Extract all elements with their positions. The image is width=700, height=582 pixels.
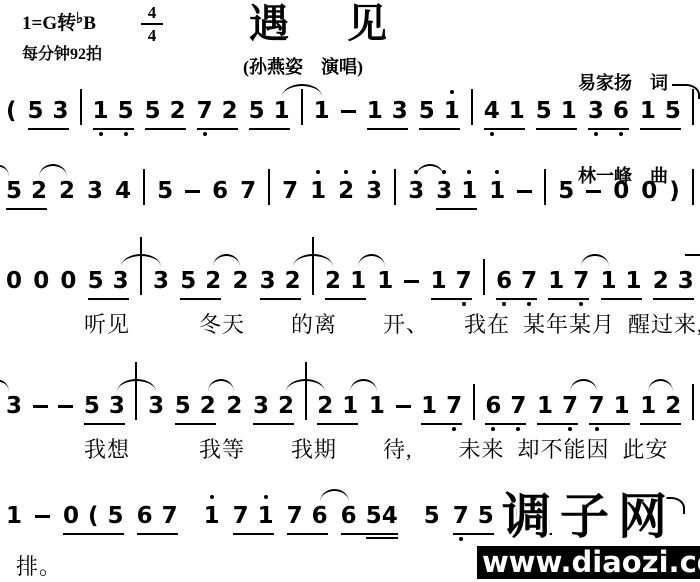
note-group: 53 bbox=[84, 392, 125, 420]
octave-dot-below bbox=[203, 132, 207, 136]
note-group: 3 bbox=[87, 177, 103, 205]
slur-arc bbox=[350, 379, 377, 392]
note: 3 bbox=[87, 177, 103, 205]
slur-arc bbox=[358, 254, 385, 267]
note: ( bbox=[6, 97, 17, 125]
note-group: 71 bbox=[233, 502, 274, 530]
note: 2 bbox=[232, 267, 248, 295]
note: 2 bbox=[170, 97, 186, 125]
note: 2 bbox=[226, 392, 242, 420]
note: 5 bbox=[419, 97, 435, 125]
rest-note: 0 bbox=[60, 267, 76, 295]
note: 7 bbox=[510, 392, 526, 420]
note-group: 3 bbox=[148, 392, 164, 420]
rest-note: 0 bbox=[33, 267, 49, 295]
rest-note: 0 bbox=[63, 502, 79, 530]
octave-dot-above bbox=[450, 90, 454, 94]
duration-dash bbox=[341, 110, 356, 125]
slur-arc bbox=[282, 84, 322, 97]
note: 2 bbox=[278, 392, 294, 420]
note: 3 bbox=[436, 177, 452, 205]
octave-dot-below bbox=[594, 132, 598, 136]
note: 6 bbox=[212, 177, 228, 205]
note: 5 bbox=[249, 97, 265, 125]
slur-arc bbox=[416, 164, 444, 177]
note: 1 bbox=[350, 267, 366, 295]
octave-dot-below bbox=[124, 132, 128, 136]
note: ) bbox=[669, 177, 680, 205]
note: 3 bbox=[366, 177, 382, 205]
note-group: 51 bbox=[249, 97, 290, 125]
note-group: 36 bbox=[588, 97, 629, 125]
note: 4 bbox=[484, 97, 500, 125]
note-group: 3 bbox=[366, 177, 382, 205]
note-group: ) bbox=[669, 177, 680, 205]
note: 7 bbox=[240, 177, 256, 205]
octave-dot-below bbox=[527, 302, 531, 306]
note-group: 1 bbox=[314, 97, 330, 125]
note: 6 bbox=[137, 502, 153, 530]
note-group: 0 bbox=[641, 177, 657, 205]
lyrics-line-1: 听见 冬天 的离 开、 我在 某年某月 醒过来, bbox=[84, 308, 700, 339]
note: 3 bbox=[113, 267, 129, 295]
music-line-2: 5223456771233311500) bbox=[6, 163, 694, 219]
note: 5 bbox=[108, 502, 124, 530]
note-group: 75 bbox=[453, 502, 494, 530]
note: 7 bbox=[162, 502, 178, 530]
music-line-4: 3533522322111767177112 bbox=[6, 378, 694, 434]
note: 1 bbox=[489, 177, 505, 205]
note: 7 bbox=[197, 97, 213, 125]
slur-arc bbox=[320, 489, 349, 502]
note: 3 bbox=[588, 97, 604, 125]
slur-arc bbox=[39, 164, 67, 177]
barline bbox=[471, 89, 473, 125]
note: 7 bbox=[453, 502, 469, 530]
duration-dash bbox=[586, 190, 601, 205]
note: 2 bbox=[205, 267, 221, 295]
note-group: 0 bbox=[33, 267, 49, 295]
note: 1 bbox=[314, 97, 330, 125]
octave-dot-below bbox=[568, 427, 572, 431]
note-group bbox=[517, 190, 532, 205]
note: 7 bbox=[446, 392, 462, 420]
note-group: 52 bbox=[175, 392, 216, 420]
note: 2 bbox=[59, 177, 75, 205]
note: 7 bbox=[521, 267, 537, 295]
note-group: 52 bbox=[145, 97, 186, 125]
tie-out-arc bbox=[685, 254, 700, 269]
note: 2 bbox=[653, 267, 669, 295]
octave-dot-below bbox=[502, 302, 506, 306]
note-group: ( bbox=[6, 97, 17, 125]
note-group: 53 bbox=[28, 97, 69, 125]
octave-dot-below bbox=[491, 427, 495, 431]
note: 2 bbox=[222, 97, 238, 125]
barline bbox=[268, 169, 270, 205]
slur-arc bbox=[213, 254, 240, 267]
octave-dot-below bbox=[462, 302, 466, 306]
note-group: 51 bbox=[536, 97, 577, 125]
slur-arc bbox=[293, 254, 333, 267]
note: 3 bbox=[408, 177, 424, 205]
note: 5 bbox=[478, 502, 494, 530]
rest-note: 0 bbox=[613, 177, 629, 205]
note-group: 12 bbox=[640, 392, 681, 420]
note-group: 1 bbox=[204, 502, 220, 530]
note: 3 bbox=[253, 392, 269, 420]
note: 1 bbox=[461, 177, 477, 205]
note: 1 bbox=[548, 267, 564, 295]
note-group: 21 bbox=[317, 392, 358, 420]
note-group: 1 bbox=[369, 392, 385, 420]
octave-dot-below bbox=[490, 132, 494, 136]
slur-arc bbox=[570, 379, 597, 392]
note-group: 15 bbox=[640, 97, 681, 125]
note-group: 5 bbox=[558, 177, 574, 205]
note: 7 bbox=[573, 267, 589, 295]
note-group: 2 bbox=[338, 177, 354, 205]
note-group: 7 bbox=[240, 177, 256, 205]
note: 2 bbox=[665, 392, 681, 420]
key-signature: 1=G转♭B bbox=[22, 8, 96, 35]
note-group: 21 bbox=[325, 267, 366, 295]
note: 5 bbox=[175, 392, 191, 420]
note: ( bbox=[88, 502, 99, 530]
barline bbox=[483, 259, 485, 295]
note: 7 bbox=[562, 392, 578, 420]
watermark-url: www.diaozi.com bbox=[477, 546, 700, 579]
note-group: 3 bbox=[153, 267, 169, 295]
note: 1 bbox=[601, 267, 617, 295]
barline bbox=[394, 169, 396, 205]
note-group: 3 bbox=[6, 392, 22, 420]
octave-dot-above bbox=[467, 170, 471, 174]
note-group: 1 bbox=[489, 177, 505, 205]
performer-subtitle: (孙燕姿 演唱) bbox=[243, 53, 363, 79]
note-group: 0 bbox=[613, 177, 629, 205]
note: 7 bbox=[456, 267, 472, 295]
barline bbox=[473, 384, 475, 420]
note: 5 bbox=[6, 177, 22, 205]
note: 3 bbox=[148, 392, 164, 420]
rest-note: 0 bbox=[6, 267, 22, 295]
duration-dash bbox=[396, 405, 411, 420]
note: 1 bbox=[537, 392, 553, 420]
note-group: 0 bbox=[6, 267, 22, 295]
note: 1 bbox=[258, 502, 274, 530]
note: 3 bbox=[153, 267, 169, 295]
note-group: 53 bbox=[88, 267, 129, 295]
note: 5 bbox=[424, 502, 440, 530]
note-group: 1 bbox=[310, 177, 326, 205]
note: 1 bbox=[274, 97, 290, 125]
note-group: 11 bbox=[601, 267, 642, 295]
note: 5 bbox=[665, 97, 681, 125]
note-group: 0(5 bbox=[63, 502, 124, 530]
music-line-1: (53155272511135141513615 bbox=[6, 83, 694, 139]
note: 1 bbox=[6, 502, 22, 530]
note: 1 bbox=[369, 392, 385, 420]
note-group: 51 bbox=[419, 97, 460, 125]
note: 7 bbox=[589, 392, 605, 420]
note-group: 41 bbox=[484, 97, 525, 125]
note: 6 bbox=[613, 97, 629, 125]
note: 2 bbox=[325, 267, 341, 295]
note-group: 2 bbox=[226, 392, 242, 420]
music-line-5: 10(5671717665457512 bbox=[6, 488, 506, 544]
note: 3 bbox=[6, 392, 22, 420]
note: 1 bbox=[367, 97, 383, 125]
note-group: 1 bbox=[377, 267, 393, 295]
barline bbox=[692, 384, 694, 420]
barline bbox=[80, 89, 82, 125]
note: 7 bbox=[287, 502, 303, 530]
note: 1 bbox=[626, 267, 642, 295]
note-group: 31 bbox=[436, 177, 477, 205]
key-note: B bbox=[83, 13, 96, 34]
note-group bbox=[35, 515, 50, 530]
note: 6 bbox=[312, 502, 328, 530]
note: 5 bbox=[84, 392, 100, 420]
slur-arc bbox=[286, 379, 325, 392]
note-group: 3 bbox=[408, 177, 424, 205]
note: 1 bbox=[310, 177, 326, 205]
octave-dot-below bbox=[619, 132, 623, 136]
octave-dot-below bbox=[99, 132, 103, 136]
note: 1 bbox=[561, 97, 577, 125]
octave-dot-above bbox=[372, 170, 376, 174]
note: 3 bbox=[53, 97, 69, 125]
duration-dash bbox=[517, 190, 532, 205]
note: 5 bbox=[28, 97, 44, 125]
note: 7 bbox=[233, 502, 249, 530]
note-group bbox=[404, 280, 419, 295]
note-group: 17 bbox=[548, 267, 589, 295]
note: 3 bbox=[392, 97, 408, 125]
note: 5 bbox=[145, 97, 161, 125]
note-group: 13 bbox=[367, 97, 408, 125]
note-group bbox=[33, 405, 48, 420]
note-group bbox=[396, 405, 411, 420]
note: 5 bbox=[88, 267, 104, 295]
note-group: 654 bbox=[341, 502, 398, 530]
tempo-marking: 每分钟92拍 bbox=[22, 41, 102, 64]
tie-in-arc bbox=[0, 380, 9, 392]
note: 1 bbox=[377, 267, 393, 295]
note-group: 4 bbox=[115, 177, 131, 205]
note: 1 bbox=[342, 392, 358, 420]
slur-arc bbox=[648, 379, 673, 392]
note-group: 23 bbox=[653, 267, 694, 295]
watermark-brand: 调子网 bbox=[502, 490, 676, 544]
note: 1 bbox=[431, 267, 447, 295]
music-line-3: 000533522322111767171123 bbox=[6, 253, 694, 309]
tie-in-arc bbox=[0, 165, 9, 177]
note-group: 52 bbox=[6, 177, 47, 205]
note: 5 bbox=[118, 97, 134, 125]
note: 5 bbox=[558, 177, 574, 205]
slur-arc bbox=[581, 254, 608, 267]
tie-out-arc bbox=[672, 84, 700, 99]
lyrics-line-2: 我想 我等 我期 待, 未来 却不能因 此安 bbox=[84, 433, 669, 464]
note-group bbox=[58, 405, 73, 420]
note-group: 1 bbox=[6, 502, 22, 530]
note-group: 6 bbox=[212, 177, 228, 205]
note: 6 bbox=[485, 392, 501, 420]
note: 1 bbox=[421, 392, 437, 420]
note: 1 bbox=[640, 392, 656, 420]
time-signature: 4 4 bbox=[141, 3, 163, 45]
note: 3 bbox=[678, 267, 694, 295]
note: 2 bbox=[200, 392, 216, 420]
note: 54 bbox=[366, 502, 398, 530]
note: 4 bbox=[115, 177, 131, 205]
note-group bbox=[341, 110, 356, 125]
rest-note: 0 bbox=[641, 177, 657, 205]
note: 1 bbox=[640, 97, 656, 125]
note: 1 bbox=[509, 97, 525, 125]
note: 6 bbox=[341, 502, 357, 530]
note-group: 71 bbox=[589, 392, 630, 420]
note-group: 17 bbox=[431, 267, 472, 295]
note-group: 32 bbox=[253, 392, 294, 420]
note-group: 15 bbox=[93, 97, 134, 125]
octave-dot-below bbox=[516, 427, 520, 431]
note-group: 76 bbox=[287, 502, 328, 530]
duration-dash bbox=[185, 190, 200, 205]
barline bbox=[544, 169, 546, 205]
note: 1 bbox=[444, 97, 460, 125]
duration-dash bbox=[404, 280, 419, 295]
duration-dash bbox=[58, 405, 73, 420]
note: 1 bbox=[614, 392, 630, 420]
time-signature-denominator: 4 bbox=[141, 25, 163, 45]
octave-dot-above bbox=[344, 170, 348, 174]
note: 1 bbox=[93, 97, 109, 125]
barline bbox=[143, 169, 145, 205]
note: 2 bbox=[317, 392, 333, 420]
octave-dot-below bbox=[579, 302, 583, 306]
octave-dot-above bbox=[495, 170, 499, 174]
octave-dot-below bbox=[459, 537, 463, 541]
duration-dash bbox=[35, 515, 50, 530]
note: 2 bbox=[31, 177, 47, 205]
note-group: 17 bbox=[537, 392, 578, 420]
key-prefix: 1=G转 bbox=[22, 13, 76, 34]
note-group: 5 bbox=[157, 177, 173, 205]
note: 2 bbox=[338, 177, 354, 205]
time-signature-numerator: 4 bbox=[141, 3, 163, 25]
octave-dot-below bbox=[452, 427, 456, 431]
note-group: 67 bbox=[496, 267, 537, 295]
slur-arc bbox=[208, 379, 235, 392]
duration-dash bbox=[33, 405, 48, 420]
note: 3 bbox=[109, 392, 125, 420]
note: 1 bbox=[204, 502, 220, 530]
note: 2 bbox=[285, 267, 301, 295]
note-group: 32 bbox=[260, 267, 301, 295]
lyrics-line-3: 排。 bbox=[16, 550, 62, 581]
note-group: 0 bbox=[60, 267, 76, 295]
note-group: 67 bbox=[137, 502, 178, 530]
slur-arc bbox=[117, 379, 156, 392]
note: 7 bbox=[282, 177, 298, 205]
note-group: 17 bbox=[421, 392, 462, 420]
note: 5 bbox=[180, 267, 196, 295]
note-group: 67 bbox=[485, 392, 526, 420]
slur-arc bbox=[121, 254, 161, 267]
barline bbox=[692, 169, 694, 205]
sheet-music-page: 1=G转♭B 4 4 每分钟92拍 遇见 (孙燕姿 演唱) 易家扬 词 林一峰 … bbox=[0, 0, 700, 582]
note: 6 bbox=[496, 267, 512, 295]
octave-dot-above bbox=[316, 170, 320, 174]
note-group: 2 bbox=[59, 177, 75, 205]
note-group: 72 bbox=[197, 97, 238, 125]
octave-dot-above bbox=[210, 495, 214, 499]
note-group: 52 bbox=[180, 267, 221, 295]
note: 5 bbox=[157, 177, 173, 205]
note: 3 bbox=[260, 267, 276, 295]
song-title: 遇见 bbox=[249, 0, 445, 48]
note-group: 7 bbox=[282, 177, 298, 205]
note: 5 bbox=[536, 97, 552, 125]
note-group bbox=[185, 190, 200, 205]
note-group bbox=[586, 190, 601, 205]
octave-dot-below bbox=[595, 427, 599, 431]
note-group: 5 bbox=[424, 502, 440, 530]
octave-dot-above bbox=[264, 495, 268, 499]
note-group: 2 bbox=[232, 267, 248, 295]
